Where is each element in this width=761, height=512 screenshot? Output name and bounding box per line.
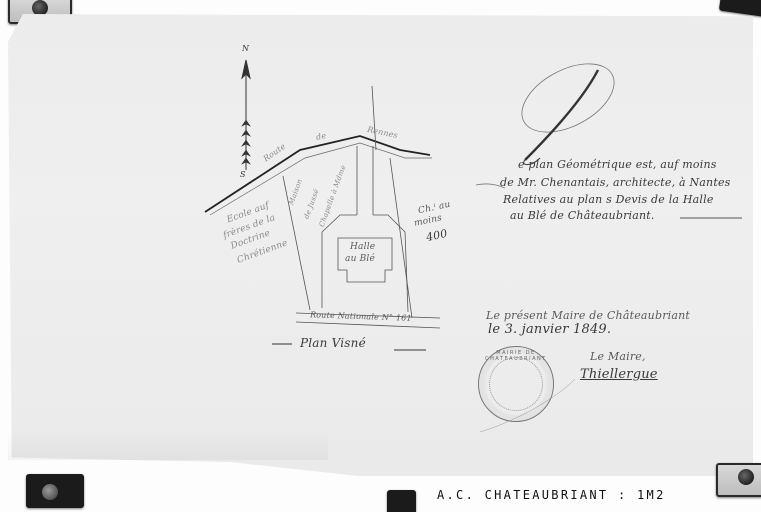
mairie-seal-stamp: MAIRIE DE CHATEAUBRIANT xyxy=(478,346,554,422)
south-label: S xyxy=(240,170,246,179)
stamp-inner-ring xyxy=(489,357,543,411)
north-arrow-icon xyxy=(242,60,250,170)
title-block-line-2: de Mr. Chenantais, architecte, à Nantes xyxy=(500,176,731,189)
initial-d-flourish xyxy=(511,50,626,165)
archive-reference-caption: A.C. CHATEAUBRIANT : 1M2 xyxy=(437,488,666,502)
mayor-signature: Thiellergue xyxy=(580,367,658,382)
title-block-line-3: Relatives au plan s Devis de la Halle xyxy=(503,193,714,206)
title-block-line-4: au Blé de Châteaubriant. xyxy=(510,209,655,222)
title-block-line-1: e plan Géométrique est, auf moins xyxy=(518,158,717,171)
north-label: N xyxy=(242,44,249,53)
attestation-title: Le Maire, xyxy=(590,350,646,363)
attestation-line-2: le 3. janvier 1849. xyxy=(488,322,611,337)
scanned-document-viewer: e plan Géométrique est, auf moins de Mr.… xyxy=(0,0,761,512)
hall-parcel xyxy=(283,146,440,328)
hall-label-line-1: Halle xyxy=(350,242,375,252)
attestation-line-1: Le présent Maire de Châteaubriant xyxy=(486,309,690,322)
hall-label-line-2: au Blé xyxy=(345,254,375,264)
plan-caption: Plan Visné xyxy=(300,336,366,350)
plan-drawing xyxy=(0,0,761,512)
